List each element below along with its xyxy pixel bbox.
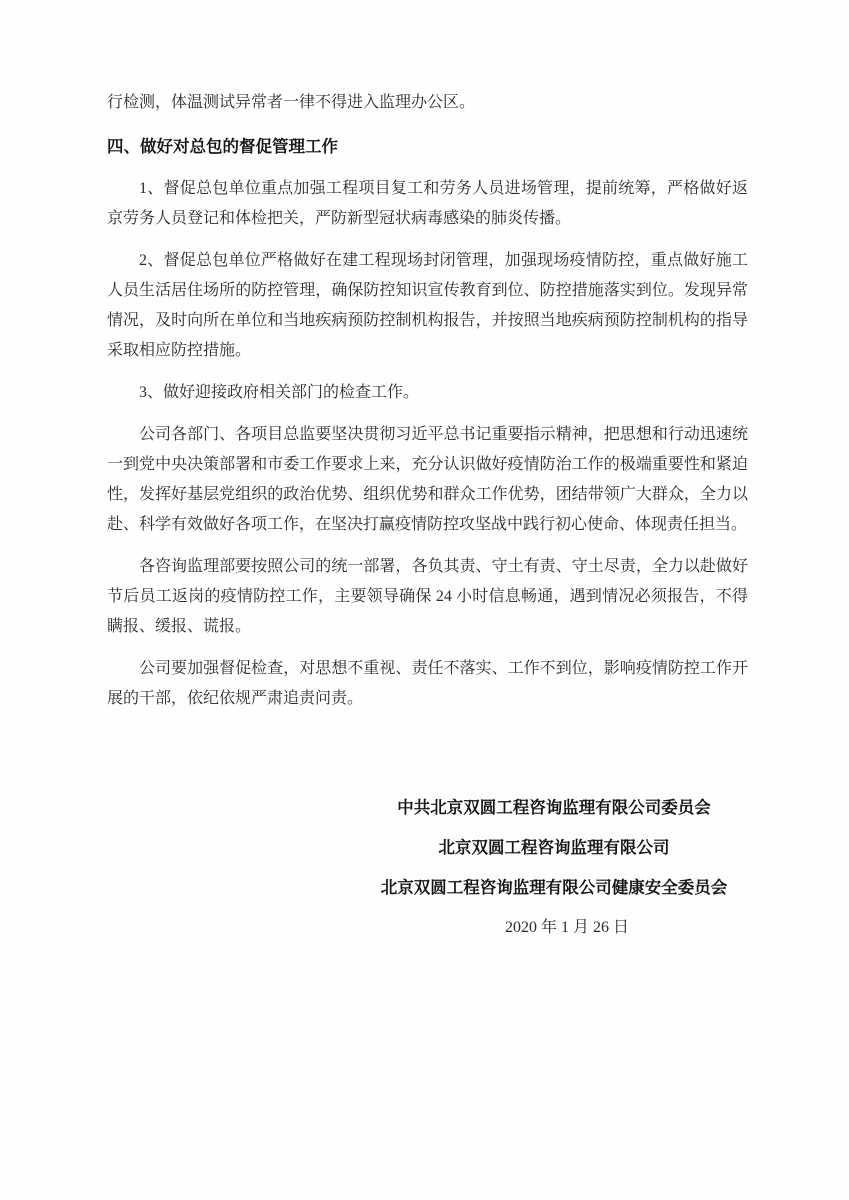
signature-line-health-safety-committee: 北京双圆工程咨询监理有限公司健康安全委员会 — [368, 868, 740, 908]
signature-line-company: 北京双圆工程咨询监理有限公司 — [368, 828, 740, 868]
paragraph-1: 1、督促总包单位重点加强工程项目复工和劳务人员进场管理，提前统筹，严格做好返京劳… — [107, 174, 748, 234]
continuation-line: 行检测，体温测试异常者一律不得进入监理办公区。 — [107, 88, 748, 118]
signature-line-party-committee: 中共北京双圆工程咨询监理有限公司委员会 — [368, 788, 740, 828]
paragraph-2: 2、督促总包单位严格做好在建工程现场封闭管理，加强现场疫情防控，重点做好施工人员… — [107, 246, 748, 366]
signature-block: 中共北京双圆工程咨询监理有限公司委员会 北京双圆工程咨询监理有限公司 北京双圆工… — [368, 788, 740, 948]
signature-date: 2020 年 1 月 26 日 — [368, 908, 740, 948]
paragraph-4: 公司各部门、各项目总监要坚决贯彻习近平总书记重要指示精神，把思想和行动迅速统一到… — [107, 420, 748, 540]
section-heading: 四、做好对总包的督促管理工作 — [107, 132, 748, 162]
document-page: 行检测，体温测试异常者一律不得进入监理办公区。 四、做好对总包的督促管理工作 1… — [0, 0, 849, 1200]
paragraph-5: 各咨询监理部要按照公司的统一部署，各负其责、守土有责、守土尽责，全力以赴做好节后… — [107, 552, 748, 642]
document-body: 行检测，体温测试异常者一律不得进入监理办公区。 四、做好对总包的督促管理工作 1… — [107, 88, 748, 714]
paragraph-6: 公司要加强督促检查，对思想不重视、责任不落实、工作不到位，影响疫情防控工作开展的… — [107, 654, 748, 714]
paragraph-3: 3、做好迎接政府相关部门的检查工作。 — [107, 378, 748, 408]
